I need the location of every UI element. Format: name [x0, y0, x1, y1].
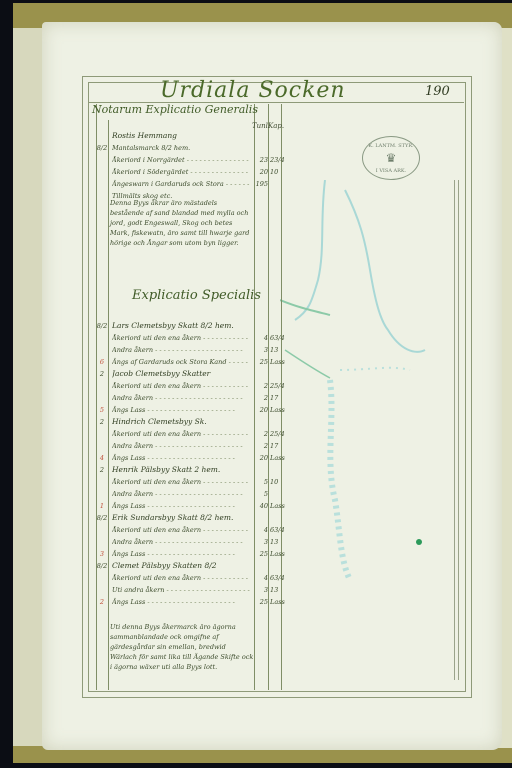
row-description: Rostis Hemmang — [112, 130, 250, 142]
row-description: Åkeriord i Norrgärdet — [112, 154, 250, 166]
row-value-1: 3 — [254, 536, 268, 548]
ledger-row: Åkeriord uti den ena åkern225/4 — [96, 428, 280, 440]
ledger-row: 8/2Erik Sundarsbyy Skatt 8/2 hem. — [96, 512, 280, 524]
row-value-2: Lass — [270, 596, 282, 608]
row-description: Erik Sundarsbyy Skatt 8/2 hem. — [112, 512, 250, 524]
row-value-2: Lass — [270, 500, 282, 512]
ledger-row: 8/2Mantalsmarck 8/2 hem. — [96, 142, 280, 154]
ledger-row: 2Henrik Pälsbyy Skatt 2 hem. — [96, 464, 280, 476]
row-margin-mark: 8/2 — [96, 560, 108, 572]
ledger-row: Andra åkern313 — [96, 344, 280, 356]
row-description: Jacob Clemetsbyy Skatter — [112, 368, 250, 380]
row-value-2: Lass — [270, 356, 282, 368]
row-value-2: Lass — [270, 548, 282, 560]
row-value-1: 4 — [254, 332, 268, 344]
row-value-2: 25/4 — [270, 380, 282, 392]
row-description: Ängs Lass — [112, 596, 250, 608]
ledger-row: Åkeriord uti den ena åkern463/4 — [96, 572, 280, 584]
ledger-row: 8/2Clemet Pälsbyy Skatten 8/2 — [96, 560, 280, 572]
row-margin-mark: 2 — [96, 368, 108, 380]
row-value-2: 13 — [270, 584, 282, 596]
row-value-2: 63/4 — [270, 524, 282, 536]
page-number: 190 — [425, 84, 450, 99]
row-description: Ängs Lass — [112, 500, 250, 512]
ledger-row: Åkeriord uti den ena åkern225/4 — [96, 380, 280, 392]
row-value-2: 10 — [270, 166, 282, 178]
row-description: Åkeriord uti den ena åkern — [112, 332, 250, 344]
row-value-2: 13 — [270, 344, 282, 356]
row-value-1: 5 — [254, 476, 268, 488]
row-value-2: 23/4 — [270, 154, 282, 166]
row-value-2: 13 — [270, 536, 282, 548]
general-description-paragraph: Denna Byys åkrar äro mästadels bestående… — [110, 198, 252, 248]
row-value-1: 25 — [254, 548, 268, 560]
row-value-1: 20 — [254, 452, 268, 464]
row-value-1: 25 — [254, 356, 268, 368]
row-value-1: 4 — [254, 524, 268, 536]
row-margin-mark: 4 — [96, 452, 108, 464]
row-description: Mantalsmarck 8/2 hem. — [112, 142, 250, 154]
ledger-row: 1Ängs Lass40Lass — [96, 500, 280, 512]
row-value-1: 5 — [254, 488, 268, 500]
row-margin-mark: 5 — [96, 404, 108, 416]
row-description: Ängs Lass — [112, 404, 250, 416]
row-description: Ängeswarn i Gardaruds ock Stora — [112, 178, 250, 190]
row-value-1: 25 — [254, 596, 268, 608]
frame-rule — [454, 180, 455, 680]
row-value-1: 20 — [254, 166, 268, 178]
row-margin-mark: 8/2 — [96, 512, 108, 524]
row-value-1: 2 — [254, 440, 268, 452]
ledger-row: 6Ängs af Gardaruds ock Stora Kand25Lass — [96, 356, 280, 368]
row-value-2: 63/4 — [270, 332, 282, 344]
row-margin-mark: 8/2 — [96, 320, 108, 332]
row-value-2: Lass — [270, 452, 282, 464]
ledger-row: 4Ängs Lass20Lass — [96, 452, 280, 464]
row-value-1: 4 — [254, 572, 268, 584]
row-margin-mark: 2 — [96, 464, 108, 476]
row-value-1: 40 — [254, 500, 268, 512]
row-description: Ängs af Gardaruds ock Stora Kand — [112, 356, 250, 368]
ledger-row: Andra åkern217 — [96, 392, 280, 404]
ledger-row: Uti andra åkern313 — [96, 584, 280, 596]
row-description: Ängs Lass — [112, 452, 250, 464]
ink-spot — [416, 539, 422, 545]
ledger-row: Andra åkern313 — [96, 536, 280, 548]
row-margin-mark: 2 — [96, 596, 108, 608]
row-description: Åkeriord uti den ena åkern — [112, 572, 250, 584]
row-description: Ängs Lass — [112, 548, 250, 560]
special-section-heading: Explicatio Specialis — [132, 288, 261, 303]
ledger-row: Åkeriord uti den ena åkern510 — [96, 476, 280, 488]
row-description: Åkeriord uti den ena åkern — [112, 524, 250, 536]
page-title: Urdiala Socken — [160, 78, 420, 103]
row-description: Hindrich Clemetsbyy Sk. — [112, 416, 250, 428]
row-value-1: 20 — [254, 404, 268, 416]
ledger-row: 2Hindrich Clemetsbyy Sk. — [96, 416, 280, 428]
ledger-row: 3Ängs Lass25Lass — [96, 548, 280, 560]
ledger-row: Andra åkern5 — [96, 488, 280, 500]
row-margin-mark: 2 — [96, 416, 108, 428]
row-description: Åkeriord uti den ena åkern — [112, 380, 250, 392]
row-description: Andra åkern — [112, 536, 250, 548]
general-section-heading: Notarum Explicatio Generalis — [92, 103, 258, 116]
ledger-row: Andra åkern217 — [96, 440, 280, 452]
ledger-row: Ängeswarn i Gardaruds ock Stora195 — [96, 178, 280, 190]
special-description-paragraph: Uti denna Byys åkermarck äro ägorna samm… — [110, 622, 254, 672]
row-description: Clemet Pälsbyy Skatten 8/2 — [112, 560, 250, 572]
column-header-2: Kap. — [268, 122, 284, 130]
row-value-2: 10 — [270, 476, 282, 488]
ledger-row: 2Jacob Clemetsbyy Skatter — [96, 368, 280, 380]
row-value-2: 17 — [270, 440, 282, 452]
stamp-bottom-text: I VISA ARK. — [363, 168, 419, 174]
ledger-row: Åkeriord i Södergärdet2010 — [96, 166, 280, 178]
ledger-row: Åkeriord i Norrgärdet2323/4 — [96, 154, 280, 166]
row-description: Andra åkern — [112, 488, 250, 500]
row-value-2: 17 — [270, 392, 282, 404]
row-value-2: Lass — [270, 404, 282, 416]
row-description: Åkeriord i Södergärdet — [112, 166, 250, 178]
ledger-row: 8/2Lars Clemetsbyy Skatt 8/2 hem. — [96, 320, 280, 332]
row-description: Andra åkern — [112, 344, 250, 356]
row-value-2: 25/4 — [270, 428, 282, 440]
ledger-row: Rostis Hemmang — [96, 130, 280, 142]
row-value-1: 195 — [254, 178, 268, 190]
stamp-top-text: K. LANTM. STYR. — [363, 143, 419, 149]
ledger-row: 2Ängs Lass25Lass — [96, 596, 280, 608]
row-margin-mark: 8/2 — [96, 142, 108, 154]
row-description: Uti andra åkern — [112, 584, 250, 596]
row-value-1: 3 — [254, 584, 268, 596]
row-value-1: 2 — [254, 380, 268, 392]
ledger-row: Åkeriord uti den ena åkern463/4 — [96, 332, 280, 344]
row-description: Andra åkern — [112, 440, 250, 452]
row-value-1: 3 — [254, 344, 268, 356]
row-margin-mark: 3 — [96, 548, 108, 560]
archive-stamp: K. LANTM. STYR. ♛ I VISA ARK. — [362, 136, 420, 180]
row-value-1: 2 — [254, 392, 268, 404]
row-value-1: 2 — [254, 428, 268, 440]
row-value-2: 63/4 — [270, 572, 282, 584]
row-description: Andra åkern — [112, 392, 250, 404]
row-description: Åkeriord uti den ena åkern — [112, 428, 250, 440]
ledger-row: Åkeriord uti den ena åkern463/4 — [96, 524, 280, 536]
ledger-row: 5Ängs Lass20Lass — [96, 404, 280, 416]
frame-rule — [458, 180, 459, 680]
row-description: Lars Clemetsbyy Skatt 8/2 hem. — [112, 320, 250, 332]
row-margin-mark: 6 — [96, 356, 108, 368]
row-description: Henrik Pälsbyy Skatt 2 hem. — [112, 464, 250, 476]
row-value-1: 23 — [254, 154, 268, 166]
row-margin-mark: 1 — [96, 500, 108, 512]
crown-icon: ♛ — [363, 151, 419, 165]
row-description: Åkeriord uti den ena åkern — [112, 476, 250, 488]
